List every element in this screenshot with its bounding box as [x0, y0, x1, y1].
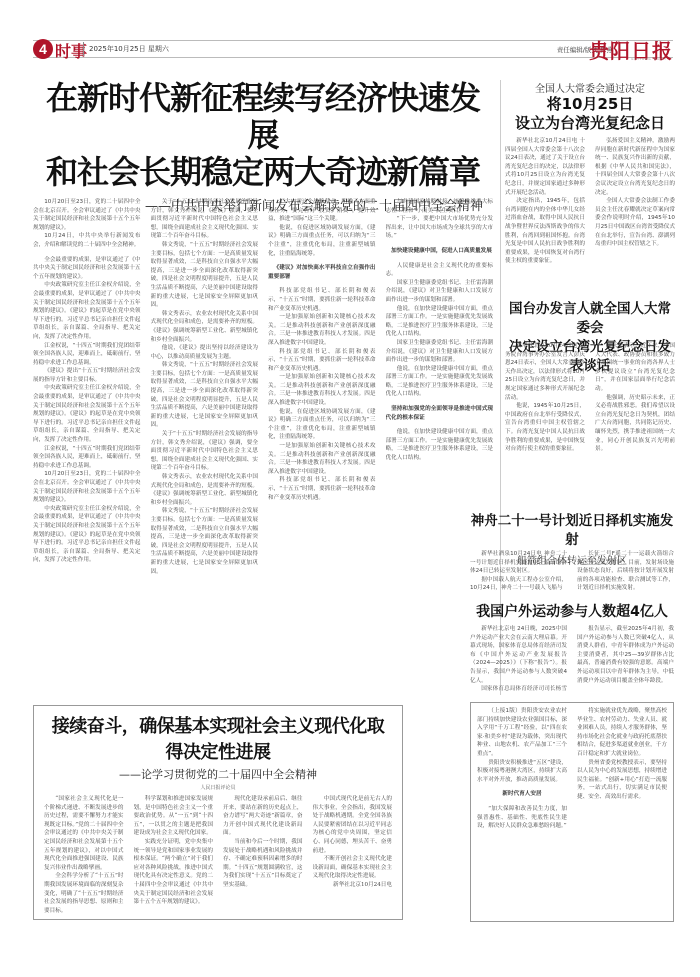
- page-number-badge: 4: [33, 39, 53, 59]
- paragraph: 韩文秀表示，农业农村现代化关系中国式现代化全局和成色，是需要补齐的短板。《建议》…: [151, 473, 259, 507]
- spokesperson-column-2: 彭庆恩表示，近年来，全国人大代表、政协委员和很多致力于祖国统一事业的台湾各界人士…: [595, 342, 675, 497]
- paragraph: 不断开创社会主义现代化建设新局面，确保基本实现社会主义现代化取得决定性进展。: [313, 855, 393, 881]
- paragraph: 弘扬爱国主义精神，激励两岸同胞在新时代新征程中为国家统一、民族复兴作出新的贡献，…: [595, 137, 675, 197]
- paragraph: 10月20日至23日，党的二十届四中全会在北京召开。全会审议通过了《中共中央关于…: [33, 470, 141, 504]
- continuation-body: （上接1版）贵阳贵安农业农村部门持续加快建设农业强国目标，深入学用“千万工程”经…: [477, 707, 667, 917]
- paragraph: 韩文秀说，“十五五”时期经济社会发展主要目标，包括七个方面：一是高质量发展取得显…: [151, 241, 259, 310]
- paragraph: 他说，在加快建设健康中国方面，重点部署三方面工作。一是实施健康优先发展战略，二是…: [386, 428, 494, 462]
- paragraph: 彭庆恩表示，近年来，全国人大代表、政协委员和很多致力于祖国统一事业的台湾各界人士…: [595, 342, 675, 394]
- paragraph: 新华社北京10月24日电 十四届全国人大常委会第十八次会议24日表决，通过了关于…: [505, 137, 585, 197]
- paragraph: 实践充分证明，党中央集中统一领导是党和国家事业发展的根本保证。“两个确立”对于我…: [134, 838, 214, 907]
- paragraph: 当前和今后一个时期，我国发展处于战略机遇和风险挑战并存、不确定难预料因素增多的时…: [223, 838, 303, 890]
- lead-column-3: 扩大内需这个战略基点，明确三方面重点任务，要完善好“投资扩消费”，提升效益，推进…: [268, 198, 376, 690]
- paragraph: 10月24日，中共中央举行新闻发布会，介绍和解读党的二十届四中全会精神。: [33, 232, 141, 249]
- paragraph: 关于“十五五”时期经济社会发展的指导方针，韩文秀介绍说，《建议》强调，要全面贯彻…: [151, 198, 259, 241]
- taiwan-column-2: 弘扬爱国主义精神，激励两岸同胞在新时代新征程中为国家统一、民族复兴作出新的贡献，…: [595, 137, 675, 287]
- paragraph: 中国式现代化是前无古人的伟大事业，全会指出，我国发展处于战略机遇期。全党全国各族…: [313, 795, 393, 855]
- paragraph: 长征二号F遥二十一运载火箭组合体已转运至发射区。目前，发射场设施设备状态良好，后…: [577, 550, 674, 592]
- editorial-box: 接续奋斗，确保基本实现社会主义现代化取得决定性进展 ——论学习贯彻党的二十届四中…: [33, 705, 403, 920]
- paragraph: 新华社北京电 24日晚，2025中国户外运动产业大会在云南大理启幕。开幕式现场，…: [470, 625, 567, 685]
- paragraph: 人民健康是社会主义现代化的重要标志。: [386, 262, 494, 279]
- paragraph: 国家卫生健康委党组书记、主任雷海潮介绍说，《建议》对卫生健康和人口发展方面作出进…: [386, 279, 494, 305]
- paragraph: 中央政策研究室主任江金权介绍说，全会最重要的成果，是审议通过了《中共中央关于制定…: [33, 505, 141, 565]
- outdoor-headline: 我国户外运动参与人数超4亿人: [470, 603, 674, 622]
- paragraph: 一是加强原始创新和关键核心技术攻关。二是推动科技创新和产业创新深度融合。三是一体…: [268, 313, 376, 347]
- paragraph: 一是加强原始创新和关键核心技术攻关。二是推动科技创新和产业创新深度融合。三是一体…: [268, 373, 376, 407]
- continuation-box: （上接1版）贵阳贵安农业农村部门持续加快建设农业强国目标，深入学用“千万工程”经…: [470, 702, 674, 922]
- paragraph: 与共建国家战略对接，统筹推进重大标志性工程和“小而美”民生项目。: [386, 198, 494, 215]
- paragraph: 全会最重要的成果，是审议通过了《中共中央关于制定国民经济和社会发展第十五个五年规…: [33, 256, 141, 282]
- paragraph: 据中国载人航天工程办公室介绍，10月24日，神舟二十一号载人飞船与: [470, 576, 567, 592]
- continuation-column-2: 将实施就业优先战略，聚焦高校毕业生、农村劳动力、失业人员、就业困难人员，持续人才…: [577, 707, 667, 917]
- paragraph: 科技部党组书记、部长阴和俊表示，“十五五”时期，要抓住新一轮科技革命和产业变革历…: [268, 476, 376, 502]
- paragraph: 韩文秀说，“十五五”时期经济社会发展主要目标，包括七个方面：一是高质量发展取得显…: [151, 361, 259, 430]
- paragraph: 全国人大常委会法制工作委员会主任沈春耀就决定草案向常委会作说明时介绍，1945年…: [595, 197, 675, 249]
- paragraph: 报告显示，截至2025年4月初，我国户外运动参与人数已突破4亿人，从消费人群看，…: [577, 625, 674, 685]
- lead-headline-line1: 在新时代新征程续写经济快速发展: [33, 80, 493, 154]
- taiwan-headline-line1: 将10月25日: [505, 95, 675, 114]
- paragraph: 新华社酒泉10月24日电 神舟二十一号计划近日择机实施发射，船箭组合体24日已转…: [470, 550, 567, 576]
- editorial-column-3: 现代化建设承前启后、继往开来，要站在新的历史起点上，奋力谱写“两大奇迹”新篇章，…: [223, 795, 303, 943]
- lead-story-header: 在新时代新征程续写经济快速发展 和社会长期稳定两大奇迹新篇章 ——中共中央举行新…: [33, 80, 493, 214]
- taiwan-column-1: 新华社北京10月24日电 十四届全国人大常委会第十八次会议24日表决，通过了关于…: [505, 137, 585, 287]
- paragraph: 他说，在加快建设健康中国方面，重点部署三方面工作。一是实施健康优先发展战略，二是…: [386, 305, 494, 339]
- spokesperson-headline-line1: 国台办发言人就全国人大常委会: [505, 300, 675, 338]
- outdoor-column-2: 报告显示，截至2025年4月初，我国户外运动参与人数已突破4亿人，从消费人群看，…: [577, 625, 674, 693]
- masthead: 4 时事 2025年10月25日 星期六 责任编辑/版式 曾燕 贵阳日报 GUI…: [33, 40, 673, 58]
- editorial-column-4: 中国式现代化是前无古人的伟大事业，全会指出，我国发展处于战略机遇期。全党全国各族…: [313, 795, 393, 943]
- section-subhead: 坚持和加强党的全面领导是推进中国式现代化的根本保证: [386, 405, 494, 422]
- section-subhead: 《建议》对加快高水平科技自立自强作出重要部署: [268, 264, 376, 281]
- editorial-byline: 人民日报评论员: [44, 784, 392, 791]
- taiwan-story-header: 全国人大常委会通过决定 将10月25日 设立为台湾光复纪念日: [505, 80, 675, 133]
- paragraph: “国家社会主义现代化是一个阶梯式递进、不断发展进步的历史过程，需要不懈努力才能实…: [44, 795, 124, 872]
- lead-story-body: 10月20日至23日，党的二十届四中全会在北京召开。全会审议通过了《中共中央关于…: [33, 198, 493, 690]
- paragraph: 科技部党组书记、部长阴和俊表示，“十五五”时期，要抓住新一轮科技革命和产业变革历…: [268, 348, 376, 374]
- outdoor-column-1: 新华社北京电 24日晚，2025中国户外运动产业大会在云南大理启幕。开幕式现场，…: [470, 625, 567, 693]
- paragraph: 中央政策研究室主任江金权介绍说，全会最重要的成果，是审议通过了《中共中央关于制定…: [33, 384, 141, 444]
- lead-column-2: 关于“十五五”时期经济社会发展的指导方针，韩文秀介绍说，《建议》强调，要全面贯彻…: [151, 198, 259, 690]
- taiwan-headline-line2: 设立为台湾光复纪念日: [505, 114, 675, 133]
- paragraph: 他说，《建议》提出坚持以经济建设为中心，以推动高质量发展为主题。: [151, 344, 259, 361]
- paragraph: （上接1版）贵阳贵安农业农村部门持续加快建设农业强国目标，深入学用“千万工程”经…: [477, 707, 567, 759]
- paragraph: 科技部党组书记、部长阴和俊表示，“十五五”时期，要抓住新一轮科技革命和产业变革历…: [268, 287, 376, 313]
- paragraph: 将实施就业优先战略，聚焦高校毕业生、农村劳动力、失业人员、就业困难人员，持续人才…: [577, 707, 667, 759]
- paragraph: 现代化建设承前启后、继往开来，要站在新的历史起点上，奋力谱写“两大奇迹”新篇章，…: [223, 795, 303, 838]
- spokesperson-column-1: 新华社北京10月24日电 国务院台湾事务办公室发言人彭庆恩24日表示，全国人大常…: [505, 342, 585, 497]
- paragraph: 扩大内需这个战略基点，明确三方面重点任务，要完善好“投资扩消费”，提升效益，推进…: [268, 198, 376, 224]
- paragraph: 决定指出，1945年，包括台湾同胞在内的全体中华儿女经过浴血奋战，取得中国人民抗…: [505, 197, 585, 266]
- editorial-column-1: “国家社会主义现代化是一个阶梯式递进、不断发展进步的历史过程，需要不懈努力才能实…: [44, 795, 124, 943]
- editorial-dateline: 新华社北京10月24日电: [313, 881, 393, 890]
- shenzhou-story-body: 新华社酒泉10月24日电 神舟二十一号计划近日择机实施发射，船箭组合体24日已转…: [470, 550, 674, 592]
- paragraph: 他说，1945年10月25日，中国政府在台北举行受降仪式，宣告台湾重归中国主权管…: [505, 402, 585, 454]
- paragraph: 他说，在加快建设健康中国方面，重点部署三方面工作。一是实施健康优先发展战略，二是…: [386, 365, 494, 399]
- continuation-column-1: （上接1版）贵阳贵安农业农村部门持续加快建设农业强国目标，深入学用“千万工程”经…: [477, 707, 567, 917]
- section-subhead: 加快建设健康中国，促进人口高质量发展: [386, 247, 494, 256]
- paragraph: 他强调，历史昭示未来，正义必将战胜邪恶。我们希望以设立台湾光复纪念日为契机，团结…: [595, 394, 675, 454]
- paragraph: 他说，在促进区域协调发展方面，《建议》明确三方面重点任务，可以归纳为“三个注重”…: [268, 408, 376, 442]
- paragraph: 国家体育总局体育经济司司长杨雪鸣表示，2024至2025年，我国户外运动产业持续…: [470, 685, 567, 693]
- paragraph: 贵州省委党校教授表示，要坚持以人民为中心的发展思想，持续增进民生福祉。“创新+用…: [577, 759, 667, 802]
- shenzhou-column-2: 长征二号F遥二十一运载火箭组合体已转运至发射区。目前，发射场设施设备状态良好，后…: [577, 550, 674, 592]
- newspaper-logo-en: GUIYANG DAILY: [631, 57, 667, 61]
- paragraph: 中央政策研究室主任江金权介绍说，全会最重要的成果，是审议通过了《中共中央关于制定…: [33, 281, 141, 341]
- paragraph: “下一步，要把中国大市场优势充分发挥出来，让中国大市场成为全球共享的大市场。”: [386, 215, 494, 241]
- paragraph: 新华社北京10月24日电 国务院台湾事务办公室发言人彭庆恩24日表示，全国人大常…: [505, 342, 585, 402]
- paragraph: 贵阳贵安积极推进“五区”建设，积极对接粤港澳大湾区，持续扩大高水平对外开放，推动…: [477, 759, 567, 785]
- paragraph: 国家卫生健康委党组书记、主任雷海潮介绍说，《建议》对卫生健康和人口发展方面作出进…: [386, 339, 494, 365]
- paragraph: 全会科学分析了“十五五”时期我国发展环境面临的深刻复杂变化，明确了“十五五”时期…: [44, 872, 124, 915]
- issue-date: 2025年10月25日 星期六: [89, 44, 169, 54]
- outdoor-story-body: 新华社北京电 24日晚，2025中国户外运动产业大会在云南大理启幕。开幕式现场，…: [470, 625, 674, 693]
- taiwan-story-body: 新华社北京10月24日电 十四届全国人大常委会第十八次会议24日表决，通过了关于…: [505, 137, 675, 287]
- paragraph: “加大保障和改善民生力度，加强普惠性、基础性、兜底性民生建设，解决好人民群众急难…: [477, 805, 567, 831]
- paragraph: 他说，在促进区域协调发展方面，《建议》明确三方面重点任务，可以归纳为“三个注重”…: [268, 224, 376, 258]
- paragraph: 江金权说，“十四五”时期我们党团结带领全国各族人民，迎难而上，砥砺前行，坚持稳中…: [33, 445, 141, 471]
- taiwan-kicker: 全国人大常委会通过决定: [505, 80, 675, 95]
- outdoor-story-header: 我国户外运动参与人数超4亿人: [470, 603, 674, 622]
- paragraph: 关于“十五五”时期经济社会发展的指导方针，韩文秀介绍说，《建议》强调，要全面贯彻…: [151, 430, 259, 473]
- shenzhou-headline: 神舟二十一号计划近日择机实施发射: [470, 512, 674, 550]
- paragraph: 江金权说，“十四五”时期我们党团结带领全国各族人民，迎难而上，砥砺前行，坚持稳中…: [33, 342, 141, 368]
- paragraph: 一是加强原始创新和关键核心技术攻关。二是推动科技创新和产业创新深度融合。三是一体…: [268, 442, 376, 476]
- paragraph: 《建议》提出“十五五”时期经济社会发展的指导方针和主要目标。: [33, 367, 141, 384]
- section-subhead: 新时代育人安居: [477, 790, 567, 799]
- paragraph: 韩文秀说，“十五五”时期经济社会发展主要目标，包括七个方面：一是高质量发展取得显…: [151, 507, 259, 576]
- paragraph: 10月20日至23日，党的二十届四中全会在北京召开。全会审议通过了《中共中央关于…: [33, 198, 141, 232]
- editorial-subheadline: ——论学习贯彻党的二十届四中全会精神: [44, 766, 392, 782]
- editorial-column-2: 科学谋划和推进国家发展规划，是中国特色社会主义一个重要政治优势。从“一五”到“十…: [134, 795, 214, 943]
- editorial-headline: 接续奋斗，确保基本实现社会主义现代化取得决定性进展: [44, 712, 392, 764]
- masthead-divider: [83, 42, 84, 56]
- editorial-body: “国家社会主义现代化是一个阶梯式递进、不断发展进步的历史过程，需要不懈努力才能实…: [44, 795, 392, 943]
- shenzhou-column-1: 新华社酒泉10月24日电 神舟二十一号计划近日择机实施发射，船箭组合体24日已转…: [470, 550, 567, 592]
- paragraph: 韩文秀表示，农业农村现代化关系中国式现代化全局和成色，是需要补齐的短板。《建议》…: [151, 310, 259, 344]
- spokesperson-story-body: 新华社北京10月24日电 国务院台湾事务办公室发言人彭庆恩24日表示，全国人大常…: [505, 342, 675, 497]
- paragraph: 科学谋划和推进国家发展规划，是中国特色社会主义一个重要政治优势。从“一五”到“十…: [134, 795, 214, 838]
- lead-column-1: 10月20日至23日，党的二十届四中全会在北京召开。全会审议通过了《中共中央关于…: [33, 198, 141, 690]
- lead-headline-line2: 和社会长期稳定两大奇迹新篇章: [33, 154, 493, 191]
